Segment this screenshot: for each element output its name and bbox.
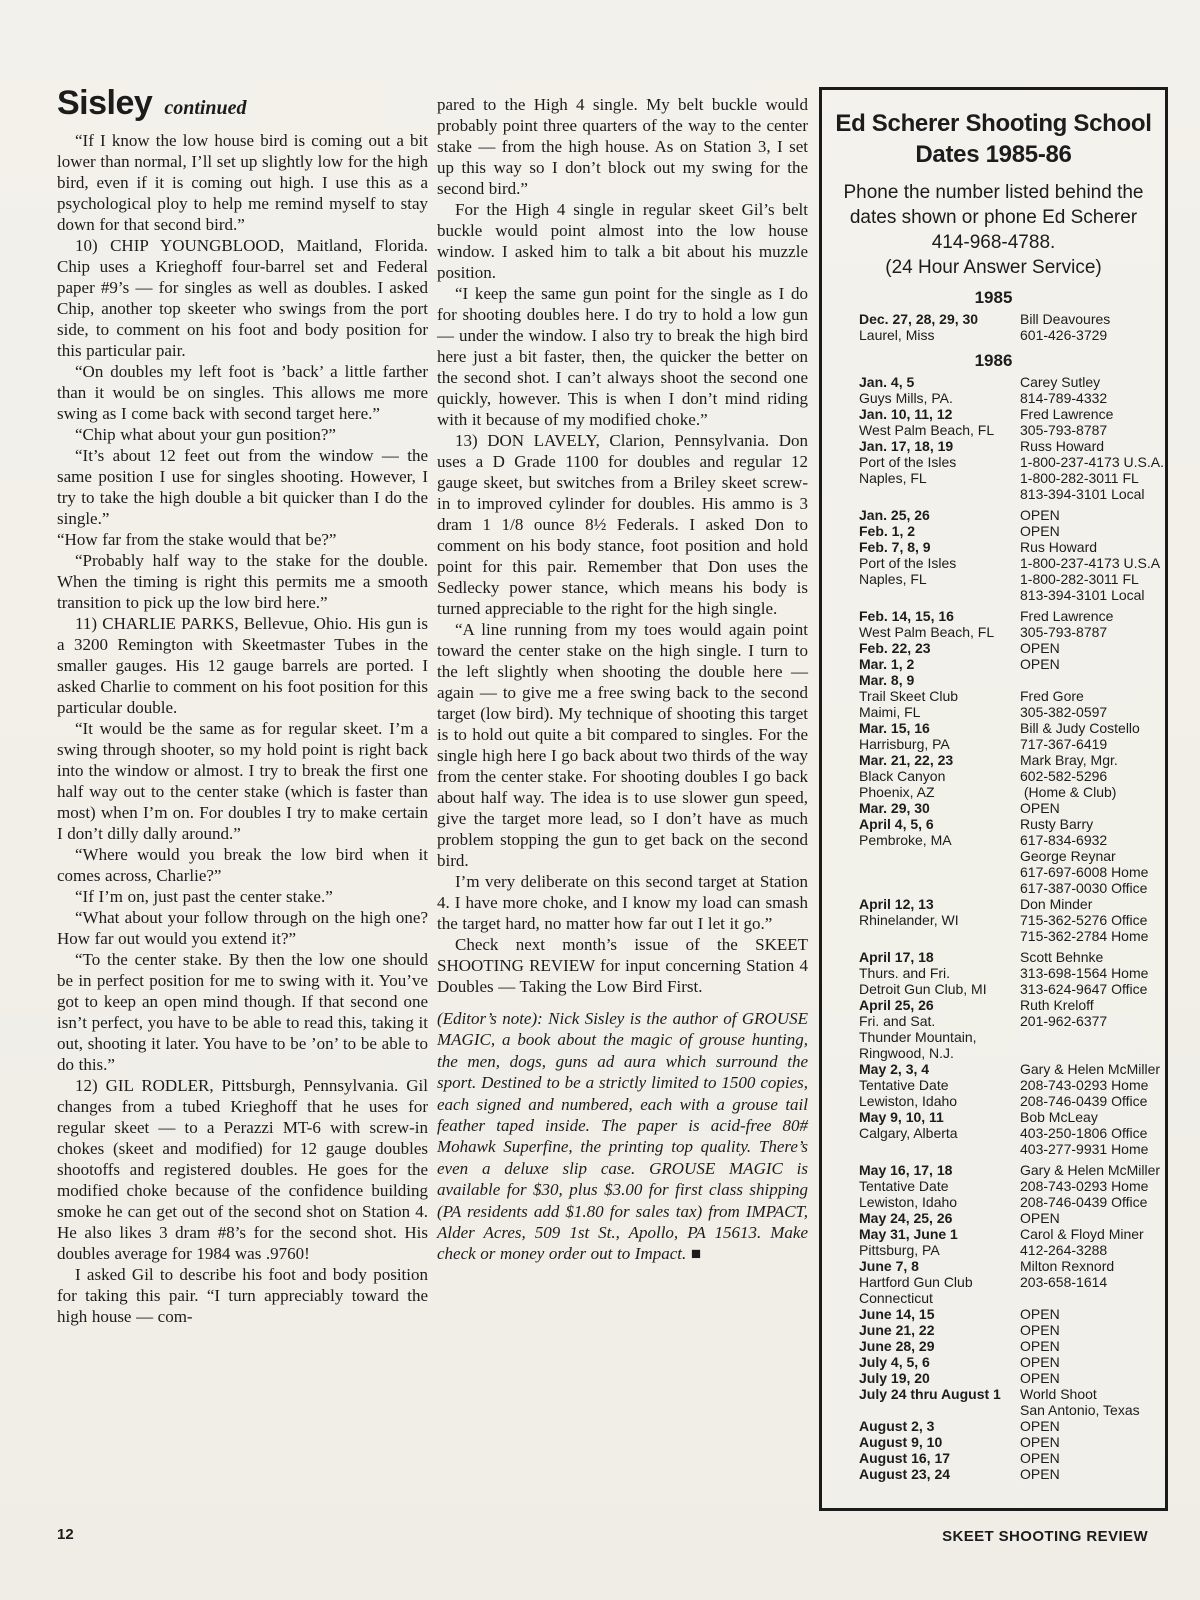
schedule-location: West Palm Beach, FL <box>859 624 1020 640</box>
schedule-contact: 617-697-6008 Home <box>1020 864 1161 880</box>
ad-intro-line: Phone the number listed behind the <box>822 180 1165 205</box>
schedule-row: Ringwood, N.J. <box>859 1045 1161 1061</box>
article-paragraph: “It would be the same as for regular ske… <box>57 718 428 844</box>
schedule-date: August 23, 24 <box>859 1466 1020 1482</box>
schedule-row: August 16, 17OPEN <box>859 1450 1161 1466</box>
schedule-contact: 201-962-6377 <box>1020 1013 1161 1029</box>
schedule-contact: 208-746-0439 Office <box>1020 1194 1161 1210</box>
schedule-row: West Palm Beach, FL305-793-8787 <box>859 422 1161 438</box>
schedule-location: Pembroke, MA <box>859 832 1020 848</box>
shooting-school-ad-box: Ed Scherer Shooting School Dates 1985-86… <box>819 87 1168 1511</box>
schedule-row: Jan. 17, 18, 19Russ Howard <box>859 438 1161 454</box>
schedule-contact: San Antonio, Texas <box>1020 1402 1161 1418</box>
schedule-row: Maimi, FL305-382-0597 <box>859 704 1161 720</box>
schedule-contact <box>1020 1290 1161 1306</box>
article-title-suffix: continued <box>164 97 246 119</box>
schedule-contact: OPEN <box>1020 1354 1161 1370</box>
schedule-row: 813-394-3101 Local <box>859 486 1161 502</box>
schedule-contact: Carol & Floyd Miner <box>1020 1226 1161 1242</box>
schedule-contact: Bob McLeay <box>1020 1109 1161 1125</box>
schedule-contact: 1-800-282-3011 FL <box>1020 571 1161 587</box>
schedule-row: May 16, 17, 18Gary & Helen McMiller <box>859 1162 1161 1178</box>
schedule-row: Mar. 21, 22, 23Mark Bray, Mgr. <box>859 752 1161 768</box>
schedule-date: April 4, 5, 6 <box>859 816 1020 832</box>
schedule-location: Thunder Mountain, <box>859 1029 1020 1045</box>
schedule-contact: OPEN <box>1020 1434 1161 1450</box>
ad-intro: Phone the number listed behind the dates… <box>822 180 1165 280</box>
schedule-date: Jan. 17, 18, 19 <box>859 438 1020 454</box>
schedule-contact: Gary & Helen McMiller <box>1020 1162 1161 1178</box>
schedule-row: Port of the Isles1-800-237-4173 U.S.A <box>859 555 1161 571</box>
schedule-contact: (Home & Club) <box>1020 784 1161 800</box>
schedule-date: June 28, 29 <box>859 1338 1020 1354</box>
article-left-paragraphs: “If I know the low house bird is coming … <box>57 130 428 1327</box>
schedule-row: April 4, 5, 6Rusty Barry <box>859 816 1161 832</box>
article-paragraph: “Where would you break the low bird when… <box>57 844 428 886</box>
schedule-contact <box>1020 672 1161 688</box>
schedule-row: April 17, 18Scott Behnke <box>859 949 1161 965</box>
schedule-contact: OPEN <box>1020 1306 1161 1322</box>
schedule-date: Mar. 1, 2 <box>859 656 1020 672</box>
schedule-location: Naples, FL <box>859 470 1020 486</box>
schedule-location: Guys Mills, PA. <box>859 390 1020 406</box>
schedule-date: June 7, 8 <box>859 1258 1020 1274</box>
ad-schedule: 1985Dec. 27, 28, 29, 30Bill DeavouresLau… <box>822 288 1165 1482</box>
schedule-row: George Reynar <box>859 848 1161 864</box>
schedule-contact: Fred Lawrence <box>1020 608 1161 624</box>
schedule-row: Lewiston, Idaho208-746-0439 Office <box>859 1093 1161 1109</box>
schedule-contact: Don Minder <box>1020 896 1161 912</box>
schedule-contact: Fred Gore <box>1020 688 1161 704</box>
schedule-row: Thurs. and Fri.313-698-1564 Home <box>859 965 1161 981</box>
schedule-location: Black Canyon <box>859 768 1020 784</box>
schedule-row: May 31, June 1Carol & Floyd Miner <box>859 1226 1161 1242</box>
article-paragraph: “On doubles my left foot is ’back’ a lit… <box>57 361 428 424</box>
schedule-location: Phoenix, AZ <box>859 784 1020 800</box>
schedule-location: Thurs. and Fri. <box>859 965 1020 981</box>
schedule-contact: 715-362-2784 Home <box>1020 928 1161 944</box>
schedule-contact: OPEN <box>1020 523 1161 539</box>
schedule-contact: 208-743-0293 Home <box>1020 1077 1161 1093</box>
schedule-row: 403-277-9931 Home <box>859 1141 1161 1157</box>
schedule-location: Laurel, Miss <box>859 327 1020 343</box>
schedule-row: Harrisburg, PA717-367-6419 <box>859 736 1161 752</box>
schedule-row: Guys Mills, PA.814-789-4332 <box>859 390 1161 406</box>
schedule-contact: 617-387-0030 Office <box>1020 880 1161 896</box>
schedule-date: Feb. 22, 23 <box>859 640 1020 656</box>
schedule-contact: 1-800-237-4173 U.S.A <box>1020 555 1161 571</box>
schedule-contact: OPEN <box>1020 1370 1161 1386</box>
schedule-row: August 23, 24OPEN <box>859 1466 1161 1482</box>
schedule-contact: 313-698-1564 Home <box>1020 965 1161 981</box>
schedule-contact: 412-264-3288 <box>1020 1242 1161 1258</box>
ad-answer-service: (24 Hour Answer Service) <box>822 255 1165 280</box>
schedule-contact: Bill Deavoures <box>1020 311 1161 327</box>
schedule-contact: 305-793-8787 <box>1020 624 1161 640</box>
schedule-row: August 9, 10OPEN <box>859 1434 1161 1450</box>
schedule-row: Tentative Date208-743-0293 Home <box>859 1077 1161 1093</box>
schedule-location: Harrisburg, PA <box>859 736 1020 752</box>
article-paragraph: 12) GIL RODLER, Pittsburgh, Pennsylvania… <box>57 1075 428 1264</box>
schedule-date: Jan. 25, 26 <box>859 507 1020 523</box>
schedule-date: July 24 thru August 1 <box>859 1386 1020 1402</box>
schedule-contact: Ruth Kreloff <box>1020 997 1161 1013</box>
schedule-row: Mar. 1, 2OPEN <box>859 656 1161 672</box>
schedule-row: July 24 thru August 1World Shoot <box>859 1386 1161 1402</box>
article-title: Sisley <box>57 84 152 122</box>
schedule-row: Mar. 8, 9 <box>859 672 1161 688</box>
schedule-contact: 305-793-8787 <box>1020 422 1161 438</box>
schedule-date: July 4, 5, 6 <box>859 1354 1020 1370</box>
schedule-date: May 24, 25, 26 <box>859 1210 1020 1226</box>
schedule-date: May 2, 3, 4 <box>859 1061 1020 1077</box>
ad-phone-number: 414-968-4788. <box>822 230 1165 255</box>
schedule-row: April 12, 13Don Minder <box>859 896 1161 912</box>
schedule-row: May 2, 3, 4Gary & Helen McMiller <box>859 1061 1161 1077</box>
schedule-date: August 16, 17 <box>859 1450 1020 1466</box>
schedule-row: Naples, FL1-800-282-3011 FL <box>859 470 1161 486</box>
schedule-row: Rhinelander, WI715-362-5276 Office <box>859 912 1161 928</box>
schedule-row: Phoenix, AZ (Home & Club) <box>859 784 1161 800</box>
schedule-date: Feb. 7, 8, 9 <box>859 539 1020 555</box>
schedule-contact: Gary & Helen McMiller <box>1020 1061 1161 1077</box>
schedule-date: Dec. 27, 28, 29, 30 <box>859 311 1020 327</box>
schedule-row: June 14, 15OPEN <box>859 1306 1161 1322</box>
schedule-location: Port of the Isles <box>859 454 1020 470</box>
article-left-column: Sisleycontinued “If I know the low house… <box>57 84 428 1327</box>
article-paragraph: “A line running from my toes would again… <box>437 619 808 871</box>
schedule-contact: Russ Howard <box>1020 438 1161 454</box>
schedule-row: Hartford Gun Club203-658-1614 <box>859 1274 1161 1290</box>
editors-note-paragraph: (Editor’s note): Nick Sisley is the auth… <box>437 1008 808 1265</box>
schedule-row: 813-394-3101 Local <box>859 587 1161 603</box>
article-paragraph: 11) CHARLIE PARKS, Bellevue, Ohio. His g… <box>57 613 428 718</box>
schedule-row: Connecticut <box>859 1290 1161 1306</box>
schedule-contact: 403-250-1806 Office <box>1020 1125 1161 1141</box>
schedule-contact: Rus Howard <box>1020 539 1161 555</box>
schedule-row: Lewiston, Idaho208-746-0439 Office <box>859 1194 1161 1210</box>
schedule-row: Feb. 14, 15, 16Fred Lawrence <box>859 608 1161 624</box>
schedule-contact: 208-746-0439 Office <box>1020 1093 1161 1109</box>
schedule-contact: 813-394-3101 Local <box>1020 587 1161 603</box>
year-heading: 1985 <box>822 288 1165 308</box>
schedule-contact: 203-658-1614 <box>1020 1274 1161 1290</box>
schedule-row: Detroit Gun Club, MI313-624-9647 Office <box>859 981 1161 997</box>
schedule-contact: 1-800-282-3011 FL <box>1020 470 1161 486</box>
schedule-location: Tentative Date <box>859 1077 1020 1093</box>
schedule-contact: 313-624-9647 Office <box>1020 981 1161 997</box>
schedule-row: Port of the Isles1-800-237-4173 U.S.A. <box>859 454 1161 470</box>
schedule-row: Jan. 4, 5Carey Sutley <box>859 374 1161 390</box>
schedule-location: Detroit Gun Club, MI <box>859 981 1020 997</box>
footer-magazine-title: SKEET SHOOTING REVIEW <box>942 1528 1148 1545</box>
schedule-date: Mar. 29, 30 <box>859 800 1020 816</box>
year-heading: 1986 <box>822 351 1165 371</box>
schedule-row: Naples, FL1-800-282-3011 FL <box>859 571 1161 587</box>
schedule-location: Rhinelander, WI <box>859 912 1020 928</box>
schedule-location: Pittsburg, PA <box>859 1242 1020 1258</box>
schedule-contact: OPEN <box>1020 800 1161 816</box>
article-middle-paragraphs: pared to the High 4 single. My belt buck… <box>437 94 808 1265</box>
schedule-contact: OPEN <box>1020 1210 1161 1226</box>
schedule-location: Naples, FL <box>859 571 1020 587</box>
article-paragraph: I asked Gil to describe his foot and bod… <box>57 1264 428 1327</box>
schedule-location <box>859 880 1020 896</box>
article-paragraph: “If I’m on, just past the center stake.” <box>57 886 428 907</box>
schedule-location: Trail Skeet Club <box>859 688 1020 704</box>
schedule-row: April 25, 26Ruth Kreloff <box>859 997 1161 1013</box>
schedule-location <box>859 1141 1020 1157</box>
schedule-row: Jan. 10, 11, 12Fred Lawrence <box>859 406 1161 422</box>
schedule-row: Fri. and Sat.201-962-6377 <box>859 1013 1161 1029</box>
schedule-row: July 4, 5, 6OPEN <box>859 1354 1161 1370</box>
schedule-contact: Carey Sutley <box>1020 374 1161 390</box>
ad-title-line1: Ed Scherer Shooting School <box>822 108 1165 139</box>
article-paragraph: “To the center stake. By then the low on… <box>57 949 428 1075</box>
schedule-contact: OPEN <box>1020 1338 1161 1354</box>
schedule-row: Mar. 29, 30OPEN <box>859 800 1161 816</box>
schedule-contact <box>1020 1045 1161 1061</box>
article-paragraph: “Probably half way to the stake for the … <box>57 550 428 613</box>
schedule-location: Maimi, FL <box>859 704 1020 720</box>
schedule-location <box>859 864 1020 880</box>
schedule-contact: OPEN <box>1020 1322 1161 1338</box>
schedule-date: August 9, 10 <box>859 1434 1020 1450</box>
schedule-location: Connecticut <box>859 1290 1020 1306</box>
schedule-row: June 7, 8Milton Rexnord <box>859 1258 1161 1274</box>
schedule-location: Ringwood, N.J. <box>859 1045 1020 1061</box>
schedule-row: Black Canyon602-582-5296 <box>859 768 1161 784</box>
schedule-contact: OPEN <box>1020 656 1161 672</box>
schedule-contact: 715-362-5276 Office <box>1020 912 1161 928</box>
schedule-row: August 2, 3OPEN <box>859 1418 1161 1434</box>
schedule-location: Hartford Gun Club <box>859 1274 1020 1290</box>
schedule-date: May 16, 17, 18 <box>859 1162 1020 1178</box>
article-paragraph: “I keep the same gun point for the singl… <box>437 283 808 430</box>
schedule-contact: 601-426-3729 <box>1020 327 1161 343</box>
schedule-contact: Bill & Judy Costello <box>1020 720 1161 736</box>
schedule-location <box>859 848 1020 864</box>
schedule-contact: OPEN <box>1020 1466 1161 1482</box>
schedule-row: Calgary, Alberta403-250-1806 Office <box>859 1125 1161 1141</box>
schedule-date: Mar. 21, 22, 23 <box>859 752 1020 768</box>
schedule-contact: 403-277-9931 Home <box>1020 1141 1161 1157</box>
schedule-location: Port of the Isles <box>859 555 1020 571</box>
schedule-row: Feb. 7, 8, 9Rus Howard <box>859 539 1161 555</box>
schedule-contact: OPEN <box>1020 1450 1161 1466</box>
schedule-row: June 21, 22OPEN <box>859 1322 1161 1338</box>
schedule-location <box>859 1402 1020 1418</box>
schedule-row: Jan. 25, 26OPEN <box>859 507 1161 523</box>
schedule-date: Mar. 15, 16 <box>859 720 1020 736</box>
schedule-date: July 19, 20 <box>859 1370 1020 1386</box>
schedule-date: June 14, 15 <box>859 1306 1020 1322</box>
schedule-contact: 602-582-5296 <box>1020 768 1161 784</box>
schedule-contact: OPEN <box>1020 640 1161 656</box>
ad-title-line2: Dates 1985-86 <box>822 139 1165 170</box>
article-paragraph: “It’s about 12 feet out from the window … <box>57 445 428 529</box>
schedule-location <box>859 587 1020 603</box>
schedule-date: Feb. 1, 2 <box>859 523 1020 539</box>
schedule-contact <box>1020 1029 1161 1045</box>
page-number: 12 <box>57 1526 74 1543</box>
schedule-date: Mar. 8, 9 <box>859 672 1020 688</box>
schedule-row: July 19, 20OPEN <box>859 1370 1161 1386</box>
article-paragraph: “Chip what about your gun position?” <box>57 424 428 445</box>
schedule-row: May 9, 10, 11Bob McLeay <box>859 1109 1161 1125</box>
schedule-row: Tentative Date208-743-0293 Home <box>859 1178 1161 1194</box>
schedule-row: Pittsburg, PA412-264-3288 <box>859 1242 1161 1258</box>
schedule-contact: 617-834-6932 <box>1020 832 1161 848</box>
schedule-row: Pembroke, MA617-834-6932 <box>859 832 1161 848</box>
schedule-row: 617-697-6008 Home <box>859 864 1161 880</box>
schedule-row: Dec. 27, 28, 29, 30Bill Deavoures <box>859 311 1161 327</box>
schedule-contact: OPEN <box>1020 1418 1161 1434</box>
article-paragraph: pared to the High 4 single. My belt buck… <box>437 94 808 199</box>
schedule-contact: OPEN <box>1020 507 1161 523</box>
schedule-contact: World Shoot <box>1020 1386 1161 1402</box>
schedule-contact: Mark Bray, Mgr. <box>1020 752 1161 768</box>
magazine-page: { "page": { "number": "12", "footer_righ… <box>0 0 1200 1600</box>
schedule-location: Tentative Date <box>859 1178 1020 1194</box>
article-paragraph: “What about your follow through on the h… <box>57 907 428 949</box>
schedule-row: Thunder Mountain, <box>859 1029 1161 1045</box>
schedule-contact: Rusty Barry <box>1020 816 1161 832</box>
schedule-row: Mar. 15, 16Bill & Judy Costello <box>859 720 1161 736</box>
article-paragraph: I’m very deliberate on this second targe… <box>437 871 808 934</box>
schedule-row: Laurel, Miss601-426-3729 <box>859 327 1161 343</box>
schedule-date: August 2, 3 <box>859 1418 1020 1434</box>
schedule-location: West Palm Beach, FL <box>859 422 1020 438</box>
schedule-row: May 24, 25, 26OPEN <box>859 1210 1161 1226</box>
schedule-contact: George Reynar <box>1020 848 1161 864</box>
schedule-row: San Antonio, Texas <box>859 1402 1161 1418</box>
schedule-row: 715-362-2784 Home <box>859 928 1161 944</box>
schedule-contact: Fred Lawrence <box>1020 406 1161 422</box>
schedule-section: Dec. 27, 28, 29, 30Bill DeavouresLaurel,… <box>822 311 1165 343</box>
article-paragraph: “If I know the low house bird is coming … <box>57 130 428 235</box>
schedule-date: May 9, 10, 11 <box>859 1109 1020 1125</box>
article-paragraph: 10) CHIP YOUNGBLOOD, Maitland, Florida. … <box>57 235 428 361</box>
schedule-contact: Milton Rexnord <box>1020 1258 1161 1274</box>
schedule-row: Trail Skeet ClubFred Gore <box>859 688 1161 704</box>
article-middle-column: pared to the High 4 single. My belt buck… <box>437 94 808 1265</box>
article-paragraph: 13) DON LAVELY, Clarion, Pennsylvania. D… <box>437 430 808 619</box>
schedule-location <box>859 486 1020 502</box>
schedule-date: April 25, 26 <box>859 997 1020 1013</box>
schedule-location: Lewiston, Idaho <box>859 1194 1020 1210</box>
schedule-location: Calgary, Alberta <box>859 1125 1020 1141</box>
schedule-row: West Palm Beach, FL305-793-8787 <box>859 624 1161 640</box>
schedule-section: Jan. 4, 5Carey SutleyGuys Mills, PA.814-… <box>822 374 1165 1482</box>
schedule-date: Jan. 4, 5 <box>859 374 1020 390</box>
schedule-date: June 21, 22 <box>859 1322 1020 1338</box>
schedule-location: Fri. and Sat. <box>859 1013 1020 1029</box>
schedule-contact: 717-367-6419 <box>1020 736 1161 752</box>
ad-title: Ed Scherer Shooting School Dates 1985-86 <box>822 108 1165 170</box>
schedule-location <box>859 928 1020 944</box>
schedule-row: June 28, 29OPEN <box>859 1338 1161 1354</box>
schedule-contact: 813-394-3101 Local <box>1020 486 1161 502</box>
schedule-date: April 17, 18 <box>859 949 1020 965</box>
schedule-contact: 1-800-237-4173 U.S.A. <box>1020 454 1164 470</box>
article-paragraph: “How far from the stake would that be?” <box>57 529 428 550</box>
article-paragraph: For the High 4 single in regular skeet G… <box>437 199 808 283</box>
schedule-row: Feb. 1, 2OPEN <box>859 523 1161 539</box>
schedule-contact: 814-789-4332 <box>1020 390 1161 406</box>
schedule-contact: 305-382-0597 <box>1020 704 1161 720</box>
schedule-date: April 12, 13 <box>859 896 1020 912</box>
article-heading: Sisleycontinued <box>57 84 428 123</box>
schedule-row: 617-387-0030 Office <box>859 880 1161 896</box>
schedule-location: Lewiston, Idaho <box>859 1093 1020 1109</box>
schedule-date: Jan. 10, 11, 12 <box>859 406 1020 422</box>
schedule-date: May 31, June 1 <box>859 1226 1020 1242</box>
schedule-date: Feb. 14, 15, 16 <box>859 608 1020 624</box>
schedule-contact: 208-743-0293 Home <box>1020 1178 1161 1194</box>
schedule-contact: Scott Behnke <box>1020 949 1161 965</box>
article-paragraph: Check next month’s issue of the SKEET SH… <box>437 934 808 997</box>
ad-intro-line: dates shown or phone Ed Scherer <box>822 205 1165 230</box>
schedule-row: Feb. 22, 23OPEN <box>859 640 1161 656</box>
